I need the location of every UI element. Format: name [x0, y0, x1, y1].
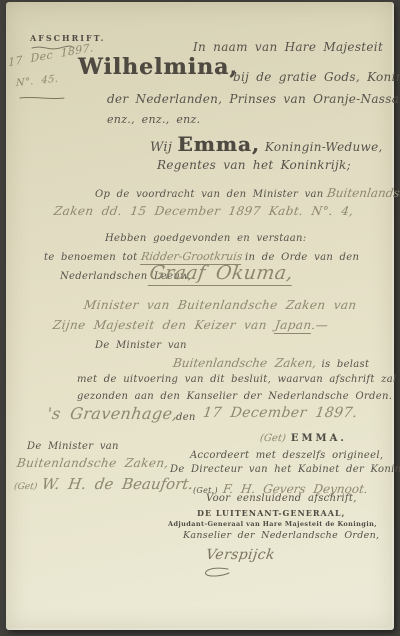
voor-afschrift-line: Voor eensluidend afschrift, [206, 493, 357, 504]
afschrift-stamp: AFSCHRIFT. [30, 33, 105, 43]
kanselier-signature: Verspijck [205, 547, 276, 563]
date-hand: 17 December 1897. [202, 405, 359, 421]
left-get-hand: (Get) [13, 482, 38, 492]
okuma-title-japan: Japan [274, 318, 313, 334]
voordracht-line: Op de voordracht van den Minister van Bu… [95, 186, 400, 200]
royal-name-wilhelmina: Wilhelmina, [78, 54, 238, 80]
okuma-title-dash: .— [311, 318, 330, 332]
photo-backdrop: AFSCHRIFT. 17 Dec 1897. N°. 45. In naam … [0, 0, 400, 636]
minister-signature: W. H. de Beaufort. [41, 475, 195, 493]
regent-regentes: Regentes van het Koninkrijk; [157, 158, 351, 172]
okuma-name-text: Graaf Okuma, [148, 262, 295, 286]
rank-line: DE LUITENANT-GENERAAL, [197, 508, 345, 518]
preamble-nederlanden: der Nederlanden, Prinses van Oranje-Nass… [107, 92, 400, 106]
bz-hand: Buitenlandsche Zaken, [172, 356, 317, 370]
besluit-line: Hebben goedgevonden en verstaan: [105, 233, 306, 244]
accordeert-line: Accordeert met deszelfs origineel, [190, 450, 383, 461]
preamble-in-naam: In naam van Hare Majesteit [193, 40, 383, 54]
belast-printed: is belast [321, 359, 369, 370]
place-hand: 's Gravenhage, [46, 404, 179, 423]
emma-signature: EMMA. [291, 433, 347, 444]
preamble-enz: enz., enz., enz. [107, 113, 200, 126]
left-role-hand: Buitenlandsche Zaken, [16, 456, 170, 470]
preamble-gratie: bij de gratie Gods, Koningin [233, 70, 400, 84]
royal-name-emma: Emma, [177, 132, 260, 156]
adjudant-line: Adjudant-Generaal van Hare Majesteit de … [168, 520, 377, 528]
uitvoering-line: met de uitvoering van dit besluit, waarv… [77, 374, 400, 385]
okuma-title-2-text: Zijne Majesteit den Keizer van [52, 318, 268, 332]
kanselier-line: Kanselier der Nederlandsche Orden, [183, 530, 379, 541]
regent-line: Wij Emma, Koningin-Weduwe, [150, 132, 383, 156]
signature-flourish-icon [200, 566, 234, 578]
get-hand: (Get) [259, 433, 286, 444]
regent-weduwe: Koningin-Weduwe, [265, 140, 383, 154]
gezonden-line: gezonden aan den Kanselier der Nederland… [77, 391, 392, 402]
stamp-rule-icon [18, 95, 66, 101]
belast-line: Buitenlandsche Zaken, is belast [173, 352, 369, 371]
benoemen-printed: te benoemen tot [44, 252, 137, 263]
royal-signature-line: (Get) EMMA. [260, 426, 347, 445]
den-printed: den [176, 412, 196, 423]
okuma-name: Graaf Okuma, [148, 262, 295, 284]
regent-wij: Wij [150, 140, 172, 155]
voordracht-hand: Buitenlandsche [326, 186, 400, 200]
okuma-title-2: Zijne Majesteit den Keizer van Japan.— [52, 318, 329, 332]
okuma-title-1: Minister van Buitenlandsche Zaken van [83, 298, 358, 312]
voordracht-hand-2: Zaken dd. 15 December 1897 Kabt. N°. 4, [53, 204, 354, 218]
de-minister-printed: De Minister van [95, 340, 187, 351]
directeur-line: De Directeur van het Kabinet der Koningi… [170, 464, 400, 475]
left-signature-line: (Get) W. H. de Beaufort. [14, 474, 194, 493]
left-role-printed: De Minister van [27, 441, 119, 452]
voordracht-printed: Op de voordracht van den Minister van [95, 189, 324, 200]
